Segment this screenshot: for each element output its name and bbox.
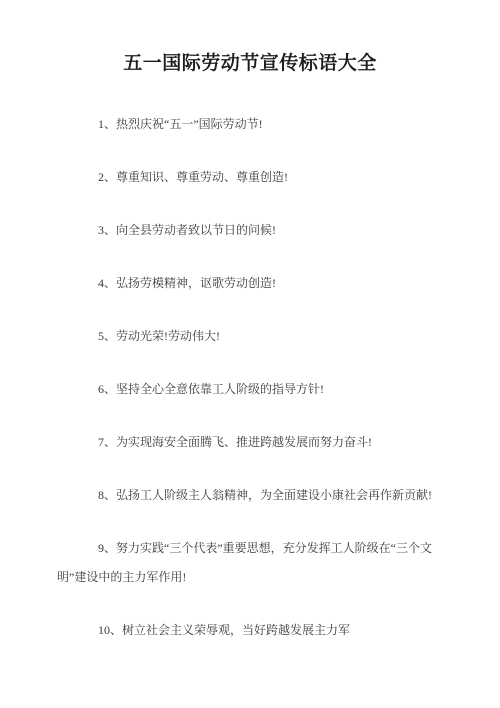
slogan-line: 7、为实现海安全面腾飞、推进跨越发展而努力奋斗! — [57, 428, 440, 457]
slogan-line: 6、坚持全心全意依靠工人阶级的指导方针! — [57, 375, 440, 404]
slogan-line: 9、努力实践“三个代表”重要思想，充分发挥工人阶级在“三个文明”建设中的主力军作… — [57, 534, 440, 592]
slogan-line: 2、尊重知识、尊重劳动、尊重创造! — [57, 163, 440, 192]
slogan-line: 1、热烈庆祝“五一”国际劳动节! — [57, 110, 440, 139]
slogan-line: 5、劳动光荣!劳动伟大! — [57, 322, 440, 351]
page-title: 五一国际劳动节宣传标语大全 — [0, 50, 500, 78]
slogan-list: 1、热烈庆祝“五一”国际劳动节!2、尊重知识、尊重劳动、尊重创造!3、向全县劳动… — [0, 110, 500, 645]
slogan-line: 3、向全县劳动者致以节日的问候! — [57, 216, 440, 245]
slogan-line: 10、树立社会主义荣辱观，当好跨越发展主力军 — [57, 616, 440, 645]
document-page: 五一国际劳动节宣传标语大全 1、热烈庆祝“五一”国际劳动节!2、尊重知识、尊重劳… — [0, 0, 500, 708]
slogan-line: 8、弘扬工人阶级主人翁精神，为全面建设小康社会再作新贡献! — [57, 481, 440, 510]
slogan-line: 4、弘扬劳模精神，讴歌劳动创造! — [57, 269, 440, 298]
